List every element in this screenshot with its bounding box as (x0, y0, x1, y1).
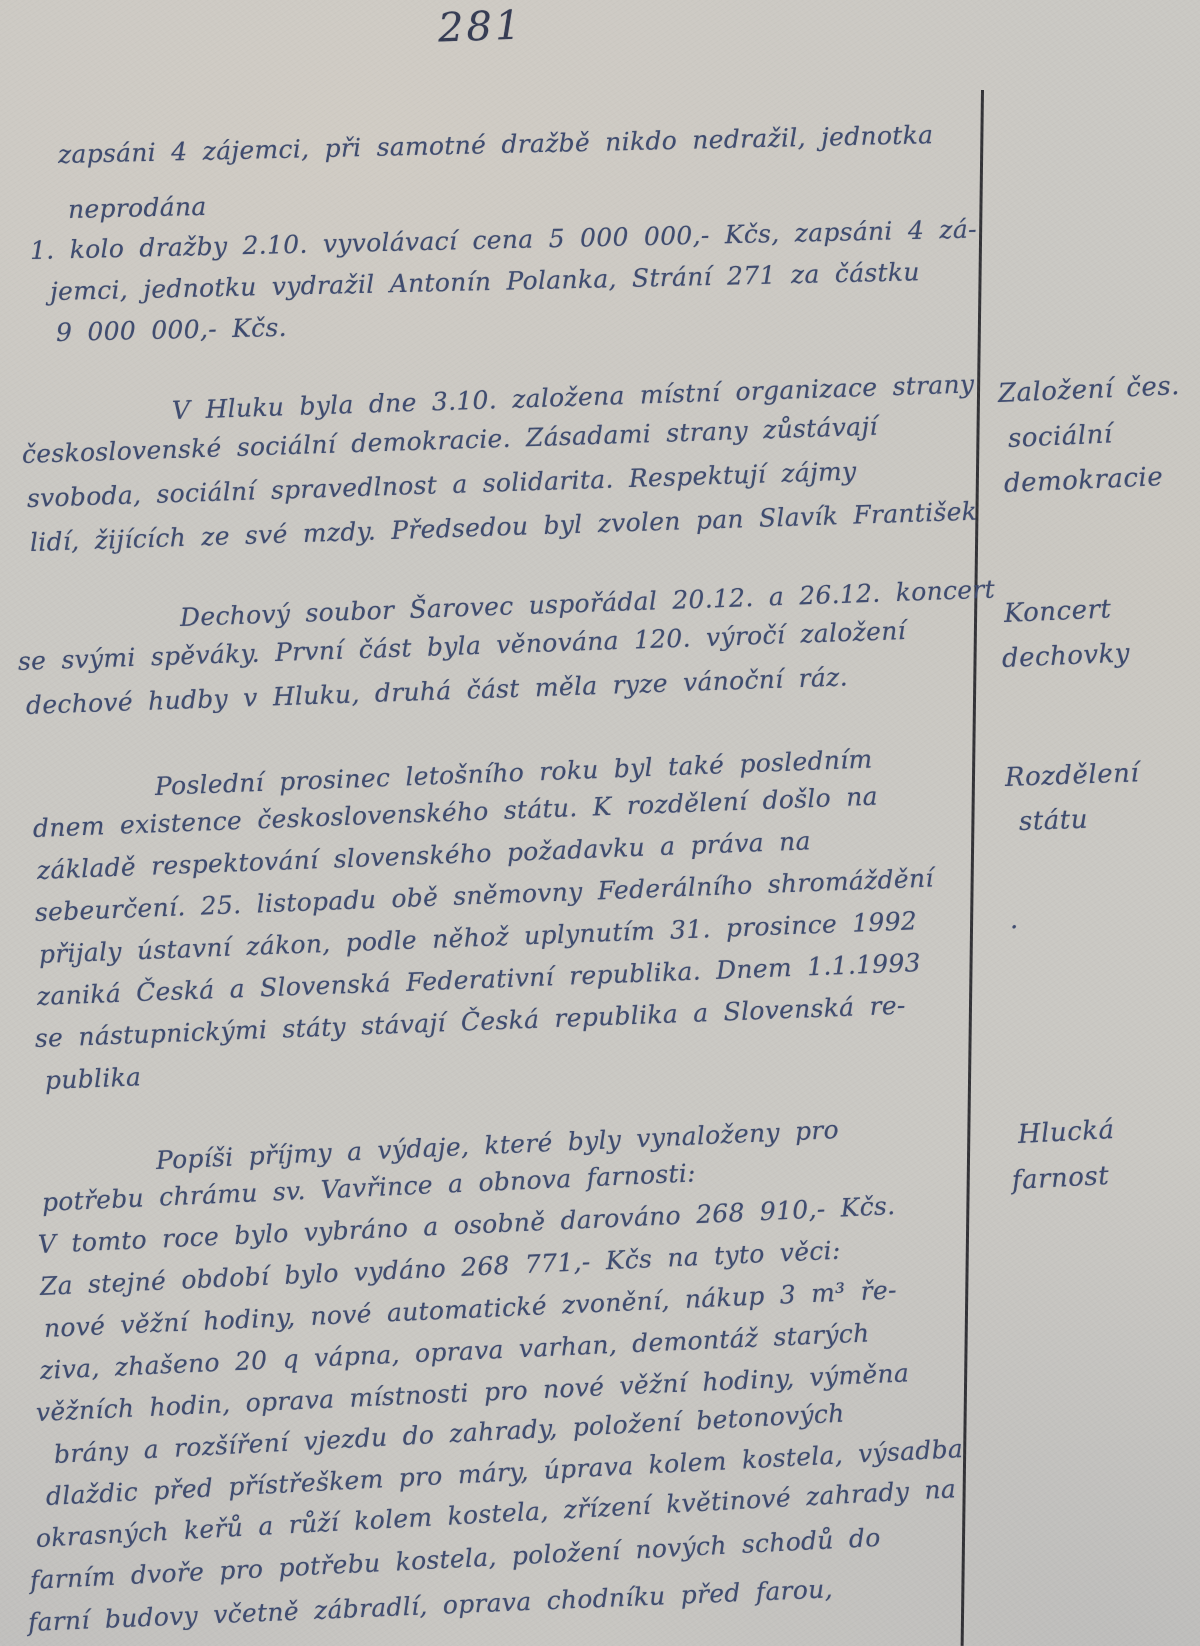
paragraph-brass-band-concert: Dechový soubor Šarovec uspořádal 20.12. … (18, 596, 995, 728)
chronicle-page-scan: { "page_number": "281", "colors": { "pap… (0, 0, 1200, 1646)
margin-note-state-split: Rozdělenístátu (1005, 756, 1139, 844)
margin-note-concert: Koncertdechovky (1000, 592, 1130, 682)
margin-note-line: státu (1018, 796, 1140, 844)
margin-note-line: dechovky (1001, 631, 1131, 682)
margin-ink-dot: . (1010, 905, 1018, 935)
margin-note-line: Hlucká (1017, 1107, 1116, 1158)
paragraph-parish-finances: Popíši příjmy a výdaje, které byly vynal… (28, 1140, 964, 1644)
paragraph-social-democracy-founding: V Hluku byla dne 3.10. založena místní o… (22, 389, 978, 565)
margin-note-line: demokracie (1003, 454, 1181, 507)
margin-note-social-democracy: Založení čes.sociálnídemokracie (998, 372, 1180, 507)
margin-note-parish: Hluckáfarnost (1012, 1112, 1115, 1204)
margin-note-line: farnost (1011, 1153, 1116, 1204)
margin-note-line: Koncert (1003, 587, 1131, 637)
paragraph-auction-result: zapsáni 4 zájemci, při samotné dražbě ni… (30, 134, 977, 353)
margin-note-line: sociální (1007, 410, 1181, 462)
page-number: 281 (437, 3, 524, 52)
margin-note-line: Založení čes. (997, 364, 1181, 417)
margin-note-line: Rozdělení (1004, 751, 1140, 800)
paragraph-state-split: Poslední prosinec letošního roku byl tak… (25, 766, 934, 1102)
handwritten-line: zapsáni 4 zájemci, při samotné dražbě ni… (58, 113, 978, 175)
